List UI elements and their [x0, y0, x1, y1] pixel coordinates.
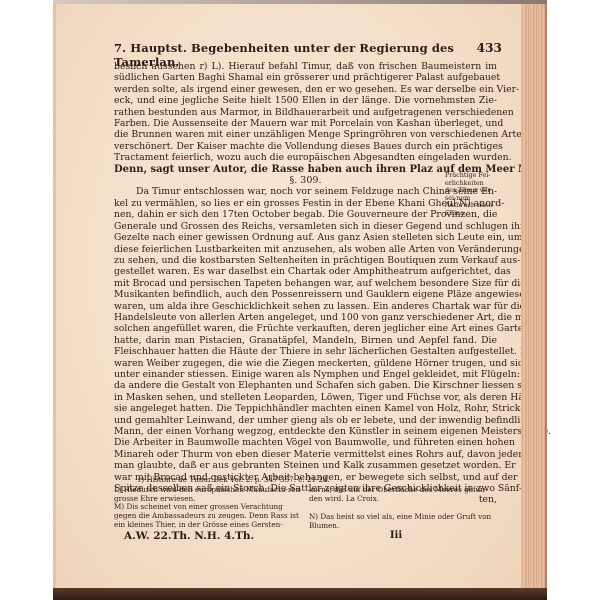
- text-line: unter einander stiessen. Einige waren al…: [114, 369, 497, 380]
- text-line: Farben. Die Aussenseite der Mauern war m…: [114, 118, 497, 129]
- text-line: da andere die Gestalt von Elephanten und…: [114, 380, 497, 391]
- signature-mark: Iii: [302, 532, 490, 541]
- text-line: Generale und Grossen des Reichs, versaml…: [114, 221, 497, 232]
- text-line: Tractament feierlich, wozu auch die euro…: [114, 152, 497, 163]
- text-line: Die Arbeiter in Baumwolle machten Vögel …: [114, 437, 497, 448]
- text-line: Fleischhauer hatten die Häute der Thiere…: [114, 346, 497, 357]
- page-fore-edge: [521, 4, 547, 588]
- text-line: beslich aussehen r) L). Hierauf befahl T…: [114, 61, 497, 72]
- text-line: Handelsleute von allerlen Arten angelege…: [114, 312, 497, 323]
- book-bottom-shadow: [53, 588, 547, 600]
- text-line: zu sehen, und die kostbarsten Seltenheit…: [114, 255, 497, 266]
- signature-left: A.W. 22.Th. N.H. 4.Th.: [114, 532, 302, 541]
- text-line: nen, dahin er sich den 17ten October beg…: [114, 209, 497, 220]
- text-line: hatte, darin man Pistacien, Granatäpfel,…: [114, 335, 497, 346]
- main-text: beslich aussehen r) L). Hierauf befahl T…: [114, 61, 497, 506]
- text-line: diese feierlichen Lustbarkeiten mit anzu…: [114, 244, 497, 255]
- footnotes: r) Histoire de Timur Bek Vol. 2. p. 347-…: [114, 476, 497, 541]
- footnote-M: M) Dis scheinet von einer grossen Verach…: [114, 503, 302, 529]
- footnote-right-column: korns, das auf der Oberfläche des Meeres…: [309, 486, 497, 531]
- text-line: waren Weiber zugegen, die wie die Ziegen…: [114, 358, 497, 369]
- book: 7. Hauptst. Begebenheiten unter der Regi…: [53, 0, 547, 600]
- text-line: die Brunnen waren mit einer unzähligen M…: [114, 129, 497, 140]
- text-line: sie angeleget hatten. Die Teppichhändler…: [114, 403, 497, 414]
- text-line: kel zu vermählen, so lies er ein grosses…: [114, 198, 497, 209]
- text-line: mit Brocad und persischen Tapeten behang…: [114, 278, 497, 289]
- text-line: waren, um alda ihre Geschicklichkeit seh…: [114, 301, 497, 312]
- page-number: 433: [477, 41, 502, 55]
- footnote-columns: L) Hiedurch wird den europäischen Manufa…: [114, 486, 497, 531]
- text-line: Gezelte nach einer gewissen Ordnung auf.…: [114, 232, 497, 243]
- footnote-r: r) Histoire de Timur Bek Vol. 2. p. 347-…: [114, 476, 497, 485]
- text-line: werden solte, als irgend einer gewesen, …: [114, 84, 497, 95]
- text-line: und gemahlter Leinwand, der umher gieng …: [114, 415, 497, 426]
- text-line: eck, und eine jegliche Seite hielt 1500 …: [114, 95, 497, 106]
- text-line: Mann, der einen Vorhang wegzog, entdeckt…: [114, 426, 497, 437]
- text-line: Da Timur entschlossen war, noch vor sein…: [114, 186, 497, 197]
- footnote-M-continued: korns, das auf der Oberfläche des Meeres…: [309, 486, 497, 504]
- text-line: gestellet waren. Es war daselbst ein Cha…: [114, 266, 497, 277]
- printer-signature: A.W. 22.Th. N.H. 4.Th. Iii: [114, 532, 497, 541]
- text-line: solchen angefüllet waren, die Früchte ve…: [114, 323, 497, 334]
- section-heading: §. 309.: [114, 175, 497, 186]
- text-line: Musikanten befindlich, auch den Possenre…: [114, 289, 497, 300]
- footnote-N: N) Das heist so viel als, eine Minie ode…: [309, 513, 497, 531]
- text-line: verschönert. Der Kaiser machte die Volle…: [114, 141, 497, 152]
- text-line: Minareh oder Thurm von eben dieser Mater…: [114, 449, 497, 460]
- text-line: südlichen Garten Baghi Shamal ein grösse…: [114, 72, 497, 83]
- footnote-L: L) Hiedurch wird den europäischen Manufa…: [114, 486, 302, 504]
- text-line: in Masken sehen, und stelleten Leoparden…: [114, 392, 497, 403]
- footnote-left-column: L) Hiedurch wird den europäischen Manufa…: [114, 486, 302, 531]
- emphasized-quote: Denn, sagt unser Autor, die Rasse haben …: [114, 164, 497, 175]
- book-page: 7. Hauptst. Begebenheiten unter der Regi…: [53, 4, 521, 588]
- margin-note: Prächtige Fei-erlichkeiten des Timur vor…: [445, 172, 493, 218]
- text-line: rathen bestunden aus Marmor, in Bildhaue…: [114, 107, 497, 118]
- text-line: man glaubte, daß er aus gebranten Steine…: [114, 460, 497, 471]
